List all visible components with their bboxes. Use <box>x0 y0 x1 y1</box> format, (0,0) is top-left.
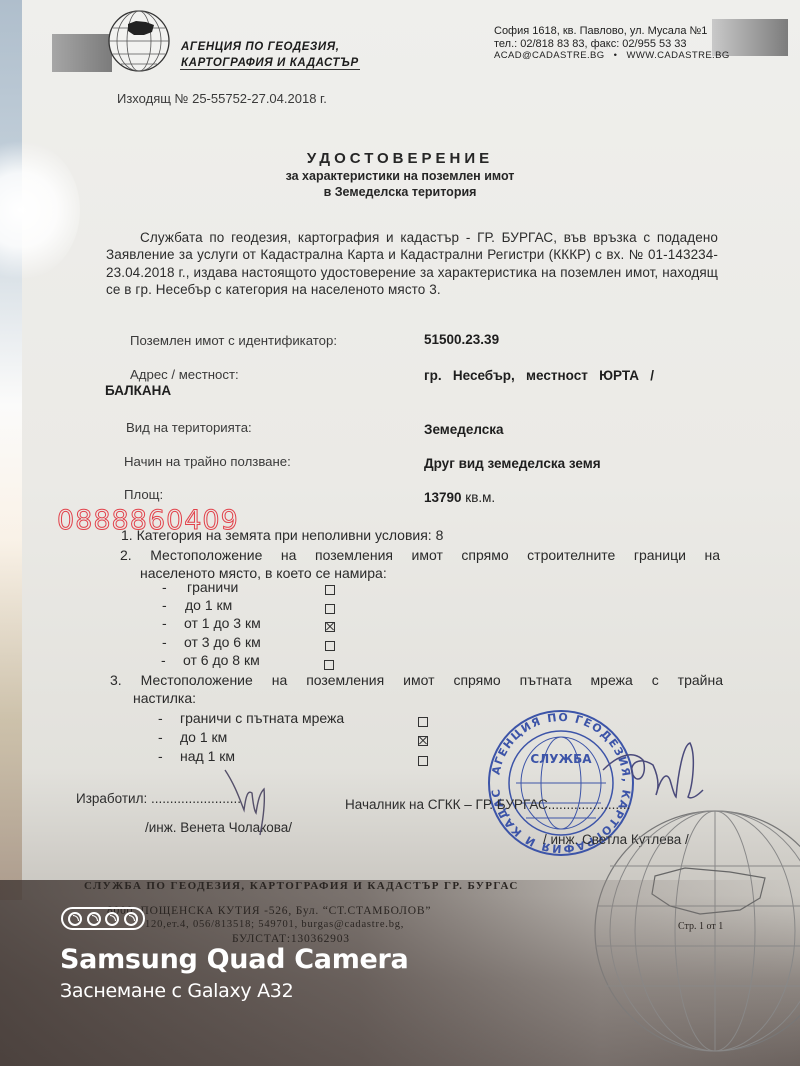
dash: - <box>162 597 167 613</box>
intro-paragraph: Службата по геодезия, картография и када… <box>106 229 718 299</box>
divider <box>180 69 360 70</box>
checkbox-6-to-8km[interactable] <box>324 660 334 670</box>
light-glare <box>0 140 80 280</box>
checkbox-borders[interactable] <box>325 585 335 595</box>
lens-icon <box>105 912 119 926</box>
dash: - <box>162 615 167 631</box>
area-unit: кв.м. <box>462 490 496 505</box>
phone-fax: тел.: 02/818 83 83, факс: 02/955 53 33 <box>494 38 730 51</box>
checkbox-1-to-3km-checked[interactable] <box>325 622 335 632</box>
quad-camera-icon <box>61 907 145 930</box>
checkbox-road-over-1km[interactable] <box>418 756 428 766</box>
checkbox-road-up-to-1km-checked[interactable] <box>418 736 428 746</box>
chief-label: Началник на СГКК – ГР. БУРГАС...........… <box>345 797 630 812</box>
field-label-usage: Начин на трайно ползване: <box>124 454 291 469</box>
logo-gradient-bar <box>52 34 112 72</box>
checkbox-3-to-6km[interactable] <box>325 641 335 651</box>
item-2-heading: 2. Местоположение на поземления имот спр… <box>120 547 720 563</box>
signature-2-icon <box>598 735 708 810</box>
phone-watermark: 0888860409 <box>57 505 239 536</box>
field-value-address-cont: БАЛКАНА <box>105 383 171 398</box>
background-edge <box>0 0 22 900</box>
certificate-title: УДОСТОВЕРЕНИЕ за характеристики на позем… <box>200 150 600 200</box>
page-number: Стр. 1 от 1 <box>678 921 723 932</box>
dash: - <box>158 710 163 726</box>
document-photo: АГЕНЦИЯ ПО ГЕОДЕЗИЯ, КАРТОГРАФИЯ И КАДАС… <box>0 0 800 1066</box>
address: София 1618, кв. Павлово, ул. Мусала №1 <box>494 25 730 38</box>
prepared-by-label: Изработил: ........................ <box>76 791 241 806</box>
field-value-usage: Друг вид земеделска земя <box>424 456 601 471</box>
dash: - <box>162 579 167 595</box>
field-value-area: 13790 кв.м. <box>424 490 495 505</box>
globe-logo-icon <box>106 8 172 74</box>
footer-line2: 120,ет.4, 056/813518; 549701, burgas@cad… <box>145 919 404 930</box>
option-label: от 6 до 8 км <box>183 652 260 668</box>
field-label-address: Адрес / местност: <box>130 367 239 382</box>
dash: - <box>158 748 163 764</box>
email-website: ACAD@CADASTRE.BG • WWW.CADASTRE.BG <box>494 50 730 63</box>
item-3-heading-cont: настилка: <box>133 690 196 706</box>
dash: - <box>162 634 167 650</box>
field-value-address: гр. Несебър, местност ЮРТА / <box>424 368 654 383</box>
option-label: граничи с пътната мрежа <box>180 710 344 726</box>
footer-line1: 8000, ПОЩЕНСКА КУТИЯ -526, Бул. “СТ.СТАМ… <box>107 905 431 917</box>
title-line2: за характеристики на поземлен имот <box>200 168 600 184</box>
option-label: до 1 км <box>180 729 227 745</box>
item-2-heading-cont: населеното място, в което се намира: <box>140 565 387 581</box>
field-label-identifier: Поземлен имот с идентификатор: <box>130 333 337 348</box>
option-label: до 1 км <box>185 597 232 613</box>
contact-info: София 1618, кв. Павлово, ул. Мусала №1 т… <box>494 25 730 63</box>
checkbox-up-to-1km[interactable] <box>325 604 335 614</box>
field-label-territory: Вид на територията: <box>126 420 252 435</box>
field-label-area: Площ: <box>124 487 163 502</box>
area-number: 13790 <box>424 490 462 505</box>
item-3-heading: 3. Местоположение на поземления имот спр… <box>110 672 723 688</box>
checkbox-borders-road[interactable] <box>418 717 428 727</box>
lens-icon <box>87 912 101 926</box>
agency-name-line1: АГЕНЦИЯ ПО ГЕОДЕЗИЯ, <box>181 39 359 55</box>
option-label: от 1 до 3 км <box>184 615 261 631</box>
svg-text:СЛУЖБА: СЛУЖБА <box>530 752 592 766</box>
title-main: УДОСТОВЕРЕНИЕ <box>200 150 600 168</box>
camera-title: Samsung Quad Camera <box>60 944 408 975</box>
agency-name: АГЕНЦИЯ ПО ГЕОДЕЗИЯ, КАРТОГРАФИЯ И КАДАС… <box>181 39 359 71</box>
lens-icon <box>124 912 138 926</box>
option-label: граничи <box>187 579 238 595</box>
footer-office: СЛУЖБА ПО ГЕОДЕЗИЯ, КАРТОГРАФИЯ И КАДАСТ… <box>84 880 519 892</box>
dash: - <box>161 652 166 668</box>
website: WWW.CADASTRE.BG <box>627 50 730 61</box>
option-label: над 1 км <box>180 748 235 764</box>
email: ACAD@CADASTRE.BG <box>494 50 605 61</box>
option-label: от 3 до 6 км <box>184 634 261 650</box>
dash: - <box>158 729 163 745</box>
signature-1-icon <box>220 765 280 840</box>
field-value-identifier: 51500.23.39 <box>424 332 499 347</box>
field-value-territory: Земеделска <box>424 422 504 437</box>
title-line3: в Земеделска територия <box>200 184 600 200</box>
camera-subtitle: Заснемане с Galaxy A32 <box>60 980 293 1002</box>
outgoing-number: Изходящ № 25-55752-27.04.2018 г. <box>117 91 327 106</box>
lens-icon <box>68 912 82 926</box>
